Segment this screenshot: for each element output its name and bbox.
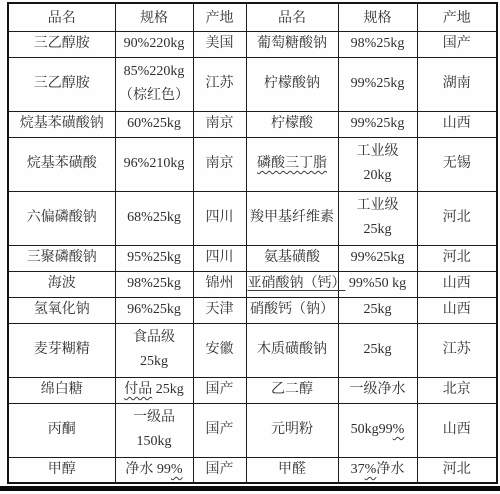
origin-cell: 无锡 — [417, 137, 497, 191]
spec-cell: 一级净水 — [338, 377, 417, 403]
cell-text-line: 磷酸三丁脂 — [248, 152, 337, 176]
spec-cell: 净水 99% — [115, 457, 193, 483]
cell-text-line: 20kg — [340, 164, 416, 188]
origin-cell: 江苏 — [417, 323, 497, 377]
cell-text-line: 25kg — [340, 299, 416, 321]
cell-text-segment: 南京 — [206, 116, 234, 131]
cell-text-segment: 付品 — [124, 382, 152, 397]
cell-text-line: 柠檬酸 — [248, 113, 337, 135]
product-name-cell: 氨基磺酸 — [246, 245, 338, 271]
spec-cell: 37%净水 — [338, 457, 417, 483]
cell-text-segment: 南京 — [206, 156, 234, 171]
cell-text-segment: 三聚磷酸钠 — [27, 250, 97, 265]
cell-text-line: 98%25kg — [340, 33, 416, 55]
spec-cell: 99%25kg — [338, 245, 417, 271]
spec-cell: 食品级25kg — [115, 323, 193, 377]
product-name-cell: 葡萄糖酸钠 — [246, 31, 338, 57]
cell-text-segment: 三乙醇胺 — [34, 76, 90, 91]
cell-text-line: 国产 — [195, 459, 245, 481]
cell-text-line: 99%25kg — [340, 113, 416, 135]
product-name-cell: 柠檬酸钠 — [246, 57, 338, 111]
table-row: 烷基苯磺酸钠60%25kg南京柠檬酸99%25kg山西 — [8, 111, 497, 137]
cell-text-segment: 绵白糖 — [41, 382, 83, 397]
origin-cell: 安徽 — [193, 323, 246, 377]
cell-text-segment: 国产 — [206, 462, 234, 477]
cell-text-line: 四川 — [195, 247, 245, 269]
cell-text-segment: 烷基苯磺酸钠 — [20, 116, 104, 131]
spec-cell: 25kg — [338, 323, 417, 377]
cell-text-segment: 江苏 — [443, 342, 471, 357]
cell-text-line: 25kg — [340, 338, 416, 362]
spec-cell: 工业级20kg — [338, 137, 417, 191]
spec-cell: 98%25kg — [115, 271, 193, 297]
spec-cell: 96%210kg — [115, 137, 193, 191]
spec-cell: 25kg — [338, 297, 417, 323]
cell-text-segment: 96%210kg — [124, 156, 185, 171]
cell-text-line: 95%25kg — [117, 247, 192, 269]
cell-text-line: 南京 — [195, 152, 245, 176]
product-name-cell: 氢氧化钠 — [8, 297, 115, 323]
cell-text-line: 麦芽糊精 — [10, 338, 114, 362]
cell-text-segment: % — [171, 462, 183, 477]
header-spec-left: 规格 — [115, 3, 193, 31]
cell-text-segment: 净水 — [376, 462, 404, 477]
spec-cell: 96%25kg — [115, 297, 193, 323]
cell-text-line: 一级净水 — [340, 379, 416, 401]
cell-text-line: 工业级 — [340, 194, 416, 218]
cell-text-line: 氢氧化钠 — [10, 299, 114, 321]
cell-text-segment: 柠檬酸钠 — [264, 76, 320, 91]
cell-text-segment: 37 — [351, 462, 365, 477]
cell-text-segment: 麦芽糊精 — [34, 342, 90, 357]
cell-text-line: 99%25kg — [340, 247, 416, 269]
cell-text-segment: 98%25kg — [127, 276, 181, 291]
product-name-cell: 甲醛 — [246, 457, 338, 483]
cell-text-segment: 食品级 — [133, 330, 175, 345]
product-name-cell: 硝酸钙（钠） — [246, 297, 338, 323]
header-origin-right: 产地 — [417, 3, 497, 31]
cell-text-line: 60%25kg — [117, 113, 192, 135]
table-row: 三乙醇胺85%220kg（棕红色）江苏柠檬酸钠99%25kg湖南 — [8, 57, 497, 111]
origin-cell: 江苏 — [193, 57, 246, 111]
cell-text-segment: 甲醇 — [48, 462, 76, 477]
cell-text-segment: 湖南 — [443, 76, 471, 91]
cell-text-segment: 95%25kg — [127, 250, 181, 265]
table-row: 海波98%25kg锦州亚硝酸钠（钙）99%50 kg山西 — [8, 271, 497, 297]
cell-text-segment: 一级净水 — [350, 382, 406, 397]
cell-text-segment: 磷酸三丁脂 — [257, 156, 327, 171]
bottom-border-line — [0, 486, 500, 491]
cell-text-line: 天津 — [195, 299, 245, 321]
cell-text-segment: 85%220kg — [124, 64, 185, 79]
cell-text-line: 葡萄糖酸钠 — [248, 33, 337, 55]
cell-text-line: 美国 — [195, 33, 245, 55]
cell-text-line: 北京 — [419, 379, 496, 401]
product-name-cell: 三聚磷酸钠 — [8, 245, 115, 271]
cell-text-line: 江苏 — [195, 72, 245, 96]
cell-text-line: 山西 — [419, 418, 496, 442]
header-product-name-left: 品名 — [8, 3, 115, 31]
product-name-cell: 羧甲基纤维素 — [246, 191, 338, 245]
product-name-cell: 丙酮 — [8, 403, 115, 457]
cell-text-line: 甲醇 — [10, 459, 114, 481]
cell-text-line: 氨基磺酸 — [248, 247, 337, 269]
cell-text-line: 96%210kg — [117, 152, 192, 176]
cell-text-line: 湖南 — [419, 72, 496, 96]
product-name-cell: 乙二醇 — [246, 377, 338, 403]
table-body: 三乙醇胺90%220kg美国葡萄糖酸钠98%25kg国产三乙醇胺85%220kg… — [8, 31, 497, 483]
spec-cell: 付品 25kg — [115, 377, 193, 403]
cell-text-segment: 四川 — [206, 250, 234, 265]
origin-cell: 国产 — [193, 377, 246, 403]
cell-text-line: 90%220kg — [117, 33, 192, 55]
cell-text-segment: 丙酮 — [48, 422, 76, 437]
cell-text-segment: 99%25kg — [351, 116, 405, 131]
cell-text-segment: 国产 — [206, 422, 234, 437]
cell-text-segment: 海波 — [48, 276, 76, 291]
cell-text-segment: 150kg — [137, 434, 172, 449]
cell-text-segment: 江苏 — [206, 76, 234, 91]
cell-text-segment: 60%25kg — [127, 116, 181, 131]
cell-text-segment: 北京 — [443, 382, 471, 397]
cell-text-line: 羧甲基纤维素 — [248, 206, 337, 230]
cell-text-segment: 柠檬酸 — [271, 116, 313, 131]
header-spec-right: 规格 — [338, 3, 417, 31]
cell-text-line: 柠檬酸钠 — [248, 72, 337, 96]
spec-cell: 99%50 kg — [338, 271, 417, 297]
cell-text-segment: 河北 — [443, 250, 471, 265]
origin-cell: 河北 — [417, 245, 497, 271]
cell-text-line: 硝酸钙（钠） — [248, 299, 337, 321]
cell-text-line: 锦州 — [195, 273, 245, 295]
spec-cell: 一级品150kg — [115, 403, 193, 457]
table-row: 六偏磷酸钠68%25kg四川羧甲基纤维素工业级25kg河北 — [8, 191, 497, 245]
product-name-cell: 绵白糖 — [8, 377, 115, 403]
origin-cell: 河北 — [417, 457, 497, 483]
table-header: 品名 规格 产地 品名 规格 产地 — [8, 3, 497, 31]
cell-text-line: 河北 — [419, 206, 496, 230]
cell-text-segment: % — [365, 462, 377, 477]
origin-cell: 山西 — [417, 403, 497, 457]
cell-text-segment: 亚硝酸钠（钙） — [248, 276, 346, 291]
origin-cell: 四川 — [193, 245, 246, 271]
product-name-cell: 磷酸三丁脂 — [246, 137, 338, 191]
cell-text-segment: 50kg99 — [351, 422, 393, 437]
product-name-cell: 亚硝酸钠（钙） — [246, 271, 338, 297]
cell-text-segment: 山西 — [443, 302, 471, 317]
cell-text-segment: 25kg — [152, 382, 184, 397]
cell-text-line: 50kg99% — [340, 418, 416, 442]
cell-text-line: 25kg — [340, 218, 416, 242]
cell-text-segment: 山西 — [443, 422, 471, 437]
cell-text-segment: 25kg — [364, 302, 392, 317]
cell-text-line: 99%25kg — [340, 72, 416, 96]
spec-cell: 99%25kg — [338, 57, 417, 111]
table-row: 三乙醇胺90%220kg美国葡萄糖酸钠98%25kg国产 — [8, 31, 497, 57]
table-row: 烷基苯磺酸96%210kg南京磷酸三丁脂工业级20kg无锡 — [8, 137, 497, 191]
cell-text-line: 净水 99% — [117, 459, 192, 481]
cell-text-line: 无锡 — [419, 152, 496, 176]
cell-text-segment: （棕红色） — [119, 88, 189, 103]
cell-text-segment: 净水 99 — [125, 462, 171, 477]
origin-cell: 四川 — [193, 191, 246, 245]
cell-text-line: 99%50 kg — [340, 273, 416, 295]
cell-text-segment: 葡萄糖酸钠 — [257, 36, 327, 51]
cell-text-line: 98%25kg — [117, 273, 192, 295]
cell-text-segment: 20kg — [364, 168, 392, 183]
spec-cell: 50kg99% — [338, 403, 417, 457]
cell-text-segment: 一级品 — [133, 410, 175, 425]
cell-text-segment: 氨基磺酸 — [264, 250, 320, 265]
spec-cell: 68%25kg — [115, 191, 193, 245]
origin-cell: 美国 — [193, 31, 246, 57]
cell-text-line: 丙酮 — [10, 418, 114, 442]
header-product-name-right: 品名 — [246, 3, 338, 31]
cell-text-segment: 甲醛 — [278, 462, 306, 477]
cell-text-segment: 四川 — [206, 210, 234, 225]
product-name-cell: 烷基苯磺酸 — [8, 137, 115, 191]
product-name-cell: 麦芽糊精 — [8, 323, 115, 377]
cell-text-line: 南京 — [195, 113, 245, 135]
spec-cell: 90%220kg — [115, 31, 193, 57]
cell-text-segment: 美国 — [206, 36, 234, 51]
cell-text-line: 元明粉 — [248, 418, 337, 442]
origin-cell: 山西 — [417, 297, 497, 323]
cell-text-segment: 96%25kg — [127, 302, 181, 317]
cell-text-segment: 元明粉 — [271, 422, 313, 437]
product-name-cell: 六偏磷酸钠 — [8, 191, 115, 245]
header-row: 品名 规格 产地 品名 规格 产地 — [8, 3, 497, 31]
origin-cell: 湖南 — [417, 57, 497, 111]
origin-cell: 北京 — [417, 377, 497, 403]
cell-text-line: 安徽 — [195, 338, 245, 362]
spec-cell: 98%25kg — [338, 31, 417, 57]
product-name-cell: 元明粉 — [246, 403, 338, 457]
cell-text-line: 山西 — [419, 273, 496, 295]
origin-cell: 山西 — [417, 271, 497, 297]
cell-text-segment: 25kg — [364, 222, 392, 237]
origin-cell: 锦州 — [193, 271, 246, 297]
origin-cell: 南京 — [193, 137, 246, 191]
cell-text-segment: 25kg — [364, 342, 392, 357]
cell-text-line: 甲醛 — [248, 459, 337, 481]
origin-cell: 天津 — [193, 297, 246, 323]
cell-text-segment: 工业级 — [357, 198, 399, 213]
product-name-cell: 柠檬酸 — [246, 111, 338, 137]
table-row: 氢氧化钠96%25kg天津硝酸钙（钠）25kg山西 — [8, 297, 497, 323]
cell-text-segment: 山西 — [443, 276, 471, 291]
cell-text-segment: 六偏磷酸钠 — [27, 210, 97, 225]
cell-text-segment: 25kg — [140, 354, 168, 369]
cell-text-segment: 99%25kg — [351, 250, 405, 265]
origin-cell: 河北 — [417, 191, 497, 245]
cell-text-segment: 98%25kg — [351, 36, 405, 51]
cell-text-segment: 乙二醇 — [271, 382, 313, 397]
cell-text-line: 乙二醇 — [248, 379, 337, 401]
table-row: 绵白糖付品 25kg国产乙二醇一级净水北京 — [8, 377, 497, 403]
spec-cell: 60%25kg — [115, 111, 193, 137]
product-name-cell: 三乙醇胺 — [8, 57, 115, 111]
cell-text-line: 食品级 — [117, 326, 192, 350]
cell-text-line: 工业级 — [340, 140, 416, 164]
cell-text-line: 85%220kg — [117, 60, 192, 84]
header-origin-left: 产地 — [193, 3, 246, 31]
cell-text-line: 山西 — [419, 299, 496, 321]
cell-text-segment: 安徽 — [206, 342, 234, 357]
cell-text-segment: % — [393, 422, 405, 437]
chemical-price-table: 品名 规格 产地 品名 规格 产地 三乙醇胺90%220kg美国葡萄糖酸钠98%… — [7, 2, 498, 484]
cell-text-line: 国产 — [195, 379, 245, 401]
cell-text-line: 三乙醇胺 — [10, 33, 114, 55]
origin-cell: 国产 — [417, 31, 497, 57]
table-row: 甲醇净水 99%国产甲醛37%净水河北 — [8, 457, 497, 483]
cell-text-segment: 国产 — [206, 382, 234, 397]
cell-text-segment: 99%50 kg — [349, 276, 406, 291]
cell-text-line: 江苏 — [419, 338, 496, 362]
cell-text-segment: 工业级 — [357, 144, 399, 159]
table-row: 丙酮一级品150kg国产元明粉50kg99%山西 — [8, 403, 497, 457]
cell-text-line: 96%25kg — [117, 299, 192, 321]
cell-text-segment: 99%25kg — [351, 76, 405, 91]
origin-cell: 山西 — [417, 111, 497, 137]
cell-text-line: 付品 25kg — [117, 379, 192, 401]
cell-text-segment: 木质磺酸钠 — [257, 342, 327, 357]
cell-text-line: 六偏磷酸钠 — [10, 206, 114, 230]
product-name-cell: 烷基苯磺酸钠 — [8, 111, 115, 137]
origin-cell: 南京 — [193, 111, 246, 137]
cell-text-line: 37%净水 — [340, 459, 416, 481]
table-row: 麦芽糊精食品级25kg安徽木质磺酸钠25kg江苏 — [8, 323, 497, 377]
cell-text-segment: 三乙醇胺 — [34, 36, 90, 51]
cell-text-line: 河北 — [419, 459, 496, 481]
cell-text-segment: 无锡 — [443, 156, 471, 171]
cell-text-line: 国产 — [419, 33, 496, 55]
cell-text-segment: 68%25kg — [127, 210, 181, 225]
cell-text-line: 国产 — [195, 418, 245, 442]
cell-text-line: 山西 — [419, 113, 496, 135]
cell-text-segment: 羧甲基纤维素 — [250, 210, 334, 225]
cell-text-line: 烷基苯磺酸钠 — [10, 113, 114, 135]
cell-text-line: 河北 — [419, 247, 496, 269]
cell-text-segment: 烷基苯磺酸 — [27, 156, 97, 171]
cell-text-line: 三乙醇胺 — [10, 72, 114, 96]
origin-cell: 国产 — [193, 457, 246, 483]
cell-text-line: 三聚磷酸钠 — [10, 247, 114, 269]
cell-text-line: 68%25kg — [117, 206, 192, 230]
spec-cell: 95%25kg — [115, 245, 193, 271]
spec-cell: 工业级25kg — [338, 191, 417, 245]
product-name-cell: 三乙醇胺 — [8, 31, 115, 57]
origin-cell: 国产 — [193, 403, 246, 457]
cell-text-line: 25kg — [117, 350, 192, 374]
cell-text-segment: 硝酸钙（钠） — [250, 302, 334, 317]
cell-text-segment: 山西 — [443, 116, 471, 131]
cell-text-segment: 锦州 — [206, 276, 234, 291]
spec-cell: 85%220kg（棕红色） — [115, 57, 193, 111]
spec-cell: 99%25kg — [338, 111, 417, 137]
cell-text-segment: 河北 — [443, 462, 471, 477]
cell-text-line: 150kg — [117, 430, 192, 454]
product-name-cell: 木质磺酸钠 — [246, 323, 338, 377]
cell-text-line: 绵白糖 — [10, 379, 114, 401]
cell-text-line: （棕红色） — [117, 84, 192, 108]
cell-text-line: 四川 — [195, 206, 245, 230]
cell-text-line: 海波 — [10, 273, 114, 295]
cell-text-segment: 天津 — [206, 302, 234, 317]
cell-text-line: 一级品 — [117, 406, 192, 430]
cell-text-line: 木质磺酸钠 — [248, 338, 337, 362]
table-row: 三聚磷酸钠95%25kg四川氨基磺酸99%25kg河北 — [8, 245, 497, 271]
cell-text-line: 烷基苯磺酸 — [10, 152, 114, 176]
cell-text-segment: 河北 — [443, 210, 471, 225]
product-name-cell: 甲醇 — [8, 457, 115, 483]
cell-text-segment: 国产 — [443, 36, 471, 51]
cell-text-segment: 氢氧化钠 — [34, 302, 90, 317]
cell-text-line: 亚硝酸钠（钙） — [248, 273, 337, 295]
cell-text-segment: 90%220kg — [124, 36, 185, 51]
document-page: 品名 规格 产地 品名 规格 产地 三乙醇胺90%220kg美国葡萄糖酸钠98%… — [0, 0, 500, 494]
product-name-cell: 海波 — [8, 271, 115, 297]
